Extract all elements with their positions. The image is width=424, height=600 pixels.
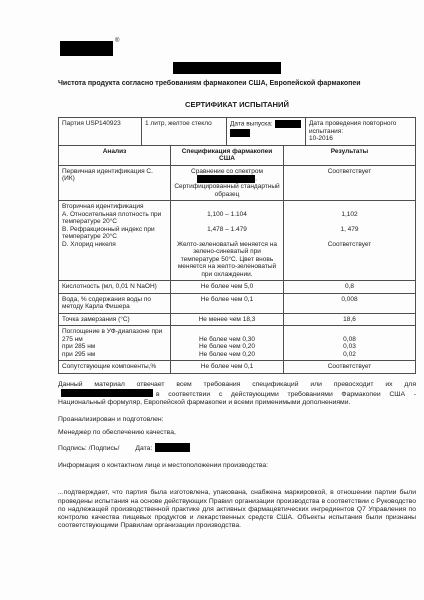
analysis-cell: А. Относительная плотность при температу…: [59, 211, 171, 226]
secondary-id-title: Вторичная идентификация: [59, 201, 171, 211]
specification-cell: Желто-зеленоватый меняется на зелено-син…: [171, 241, 284, 281]
specification-cell: Не более чем 0,20: [171, 351, 284, 361]
certificate-page: ® Чистота продукта согласно требованиям …: [0, 0, 424, 600]
result-cell: Соответствует: [284, 166, 415, 201]
analysis-cell: при 295 нм: [59, 351, 171, 361]
result-cell: 1, 479: [284, 226, 415, 241]
analysis-cell: Точка замерзания (°С): [59, 314, 171, 326]
retest-date-label: Дата проведения повторного испытания:: [309, 120, 412, 135]
purity-statement: Чистота продукта согласно требованиям фа…: [58, 79, 416, 88]
table-row-freezing-point: Точка замерзания (°С) Не менее чем 18,3 …: [59, 314, 415, 327]
document-content: Чистота продукта согласно требованиям фа…: [58, 79, 416, 530]
analysis-table: Партия USP140923 1 литр, желтое стекло Д…: [58, 117, 416, 374]
empty-cell: [284, 326, 415, 336]
empty-cell: [171, 201, 284, 211]
retest-date-value: 10-2016: [309, 135, 412, 143]
batch-number: Партия USP140923: [59, 118, 142, 145]
result-cell: 0,02: [284, 351, 415, 361]
release-date-label: Дата выпуска:: [230, 121, 273, 128]
signature-date-redaction-box: [155, 443, 190, 452]
result-cell: Соответствует: [284, 361, 415, 373]
column-header-results: Результаты: [284, 146, 415, 165]
result-cell: Соответствует: [284, 241, 415, 281]
analysis-cell: Вода, % содержания воды по методу Карла …: [59, 294, 171, 313]
table-row-secondary-identification: Вторичная идентификация А. Относительная…: [59, 201, 415, 281]
table-row-primary-identification: Первичная идентификация С. (ИК) Сравнени…: [59, 166, 415, 202]
release-date-redaction-box-2: [230, 129, 250, 137]
specification-cell: Не более чем 5,0: [171, 281, 284, 293]
analysis-cell: 275 нм: [59, 336, 171, 344]
analysis-cell: при 285 нм: [59, 343, 171, 351]
spec-text-line: Сертифицированный стандартный образец: [174, 183, 280, 198]
spec-redaction-line: .: [174, 175, 280, 183]
result-cell: 0,03: [284, 343, 415, 351]
date-label: Дата:: [135, 445, 152, 452]
result-cell: 0,008: [284, 294, 415, 313]
analysis-cell: Кислотность (мл, 0,01 N NaOH): [59, 281, 171, 293]
spec-text-line: Сравнение со спектром: [174, 168, 280, 176]
analyzed-by-line: Проанализирован и подготовлен:: [58, 416, 416, 424]
empty-cell: [171, 326, 284, 336]
column-header-specification: Спецификация фармакопеи США: [171, 146, 284, 165]
conformity-text-before: Данный материал отвечает всем требования…: [58, 381, 416, 388]
table-row-acidity: Кислотность (мл, 0,01 N NaOH) Не более ч…: [59, 281, 415, 294]
signature-row: Подпись: /Подпись/Дата:: [58, 443, 416, 453]
spectrum-name-redaction-box: [197, 175, 255, 183]
result-cell: 0,08: [284, 336, 415, 344]
column-header-analysis: Анализ: [59, 146, 171, 165]
table-row-uv-absorption: Поглощение в УФ-диапазоне при 275 нм Не …: [59, 326, 415, 361]
result-cell: 0,8: [284, 281, 415, 293]
table-row-water-content: Вода, % содержания воды по методу Карла …: [59, 294, 415, 314]
batch-info-row: Партия USP140923 1 литр, желтое стекло Д…: [59, 118, 415, 146]
gmp-statement: ...подтверждает, что партия была изготов…: [58, 489, 416, 530]
container-description: 1 литр, желтое стекло: [142, 118, 227, 145]
product-name-redaction-inline: [61, 389, 153, 397]
specification-cell: 1,478 – 1.479: [171, 226, 284, 241]
specification-cell: Не менее чем 18,3: [171, 314, 284, 326]
specification-cell: Не более чем 0,20: [171, 343, 284, 351]
contact-info-line: Информация о контактном лице и местополо…: [58, 462, 416, 470]
analysis-cell: Сопутствующие компоненты,%: [59, 361, 171, 373]
product-name-redaction-box: [173, 62, 281, 74]
table-header-row: Анализ Спецификация фармакопеи США Резул…: [59, 146, 415, 166]
analysis-cell: В. Рефракционный индекс при температуре …: [59, 226, 171, 241]
specification-cell: Не более чем 0,1: [171, 361, 284, 373]
retest-date-cell: Дата проведения повторного испытания: 10…: [306, 118, 415, 145]
registered-trademark-symbol: ®: [115, 38, 119, 44]
signature-label: Подпись: /Подпись/: [58, 445, 119, 452]
specification-cell: Сравнение со спектром . Сертифицированны…: [171, 166, 284, 201]
result-cell: 1,102: [284, 211, 415, 226]
specification-cell: 1,100 – 1.104: [171, 211, 284, 226]
manager-title-line: Менеджер по обеспечению качества,: [58, 429, 416, 437]
logo-redaction-box: [60, 41, 113, 56]
specification-cell: Не более чем 0,1: [171, 294, 284, 313]
certificate-title: СЕРТИФИКАТ ИСПЫТАНИЙ: [58, 100, 416, 109]
uv-absorption-title: Поглощение в УФ-диапазоне при: [59, 326, 171, 336]
analysis-cell: D. Хлорид никеля: [59, 241, 171, 281]
release-date-cell: Дата выпуска:: [227, 118, 306, 145]
analysis-cell: Первичная идентификация С. (ИК): [59, 166, 171, 201]
empty-cell: [284, 201, 415, 211]
spec-after-redaction: .: [255, 176, 257, 183]
conformity-statement: Данный материал отвечает всем требования…: [58, 381, 416, 408]
result-cell: 18,6: [284, 314, 415, 326]
table-row-related-compounds: Сопутствующие компоненты,% Не более чем …: [59, 361, 415, 373]
release-date-redaction-box: [275, 120, 301, 128]
